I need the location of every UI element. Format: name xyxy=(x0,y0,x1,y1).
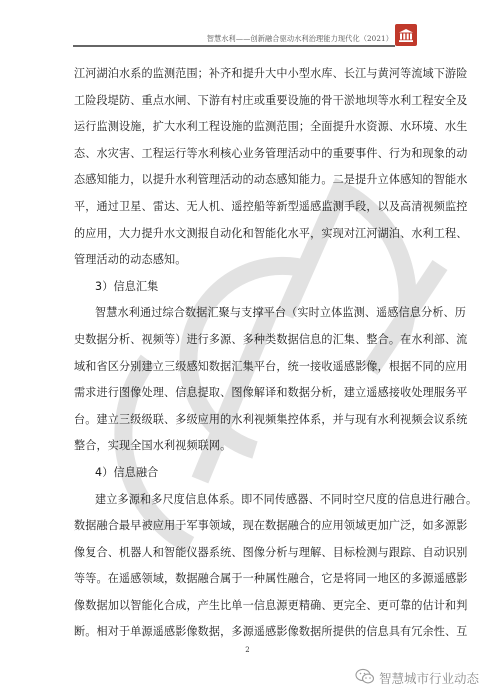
body-line: 建立多源和多尺度信息体系。即不同传感器、不同时空尺度的信息进行融合。 xyxy=(74,487,419,514)
body-line: 数据融合最早被应用于军事领域，现在数据融合的应用领域更加广泛，如多源影 xyxy=(74,513,419,540)
body-line: 态、水灾害、工程运行等水利核心业务管理活动中的重要事件、行为和现象的动 xyxy=(74,141,419,168)
document-body: 江河湖泊水系的监测范围；补齐和提升大中小型水库、长江与黄河等流域下游险 工险段堤… xyxy=(74,61,419,646)
page-header: 智慧水利——创新融合驱动水利治理能力现代化（2021） xyxy=(73,24,395,46)
body-line: 台。建立三级级联、多级应用的水利视频集控体系，并与现有水利视频会议系统 xyxy=(74,407,419,434)
page-number: 2 xyxy=(0,646,495,654)
body-line: 智慧水利通过综合数据汇聚与支撑平台（实时立体监测、遥感信息分析、历 xyxy=(74,300,419,327)
body-line: 需求进行图像处理、信息提取、图像解译和数据分析，建立遥感接收处理服务平 xyxy=(74,380,419,407)
source-label: 智慧城市行业动态 xyxy=(379,669,479,687)
body-line: 像复合、机器人和智能仪器系统、图像分析与理解、目标检测与跟踪、自动识别 xyxy=(74,540,419,567)
institution-building-icon xyxy=(395,24,417,46)
body-line: 运行监测设施，扩大水利工程设施的监测范围；全面提升水资源、水环境、水生 xyxy=(74,114,419,141)
body-line: 工险段堤防、重点水闸、下游有村庄或重要设施的骨干淤地坝等水利工程安全及 xyxy=(74,88,419,115)
body-line: 管理活动的动态感知。 xyxy=(74,247,419,274)
wechat-icon xyxy=(355,668,375,688)
source-tag: 智慧城市行业动态 xyxy=(355,668,479,688)
body-line: 平，通过卫星、雷达、无人机、遥控船等新型遥感监测手段，以及高清视频监控 xyxy=(74,194,419,221)
body-line: 江河湖泊水系的监测范围；补齐和提升大中小型水库、长江与黄河等流域下游险 xyxy=(74,61,419,88)
body-line: 整合，实现全国水利视频联网。 xyxy=(74,433,419,460)
section-heading-3: 3）信息汇集 xyxy=(74,274,419,301)
header-rule xyxy=(73,45,395,47)
body-line: 等等。在遥感领域，数据融合属于一种属性融合，它是将同一地区的多源遥感影 xyxy=(74,566,419,593)
body-line: 断。相对于单源遥感影像数据，多源遥感影像数据所提供的信息具有冗余性、互 xyxy=(74,619,419,646)
body-line: 域和省区分别建立三级感知数据汇集平台，统一接收遥感影像，根据不同的应用 xyxy=(74,354,419,381)
body-line: 史数据分析、视频等）进行多源、多种类数据信息的汇集、整合。在水利部、流 xyxy=(74,327,419,354)
section-heading-4: 4）信息融合 xyxy=(74,460,419,487)
body-line: 像数据加以智能化合成，产生比单一信息源更精确、更完全、更可靠的估计和判 xyxy=(74,593,419,620)
body-line: 的应用，大力提升水文测报自动化和智能化水平，实现对江河湖泊、水利工程、 xyxy=(74,221,419,248)
header-title: 智慧水利——创新融合驱动水利治理能力现代化（2021） xyxy=(207,34,393,44)
body-line: 态感知能力，以提升水利管理活动的动态感知能力。二是提升立体感知的智能水 xyxy=(74,167,419,194)
